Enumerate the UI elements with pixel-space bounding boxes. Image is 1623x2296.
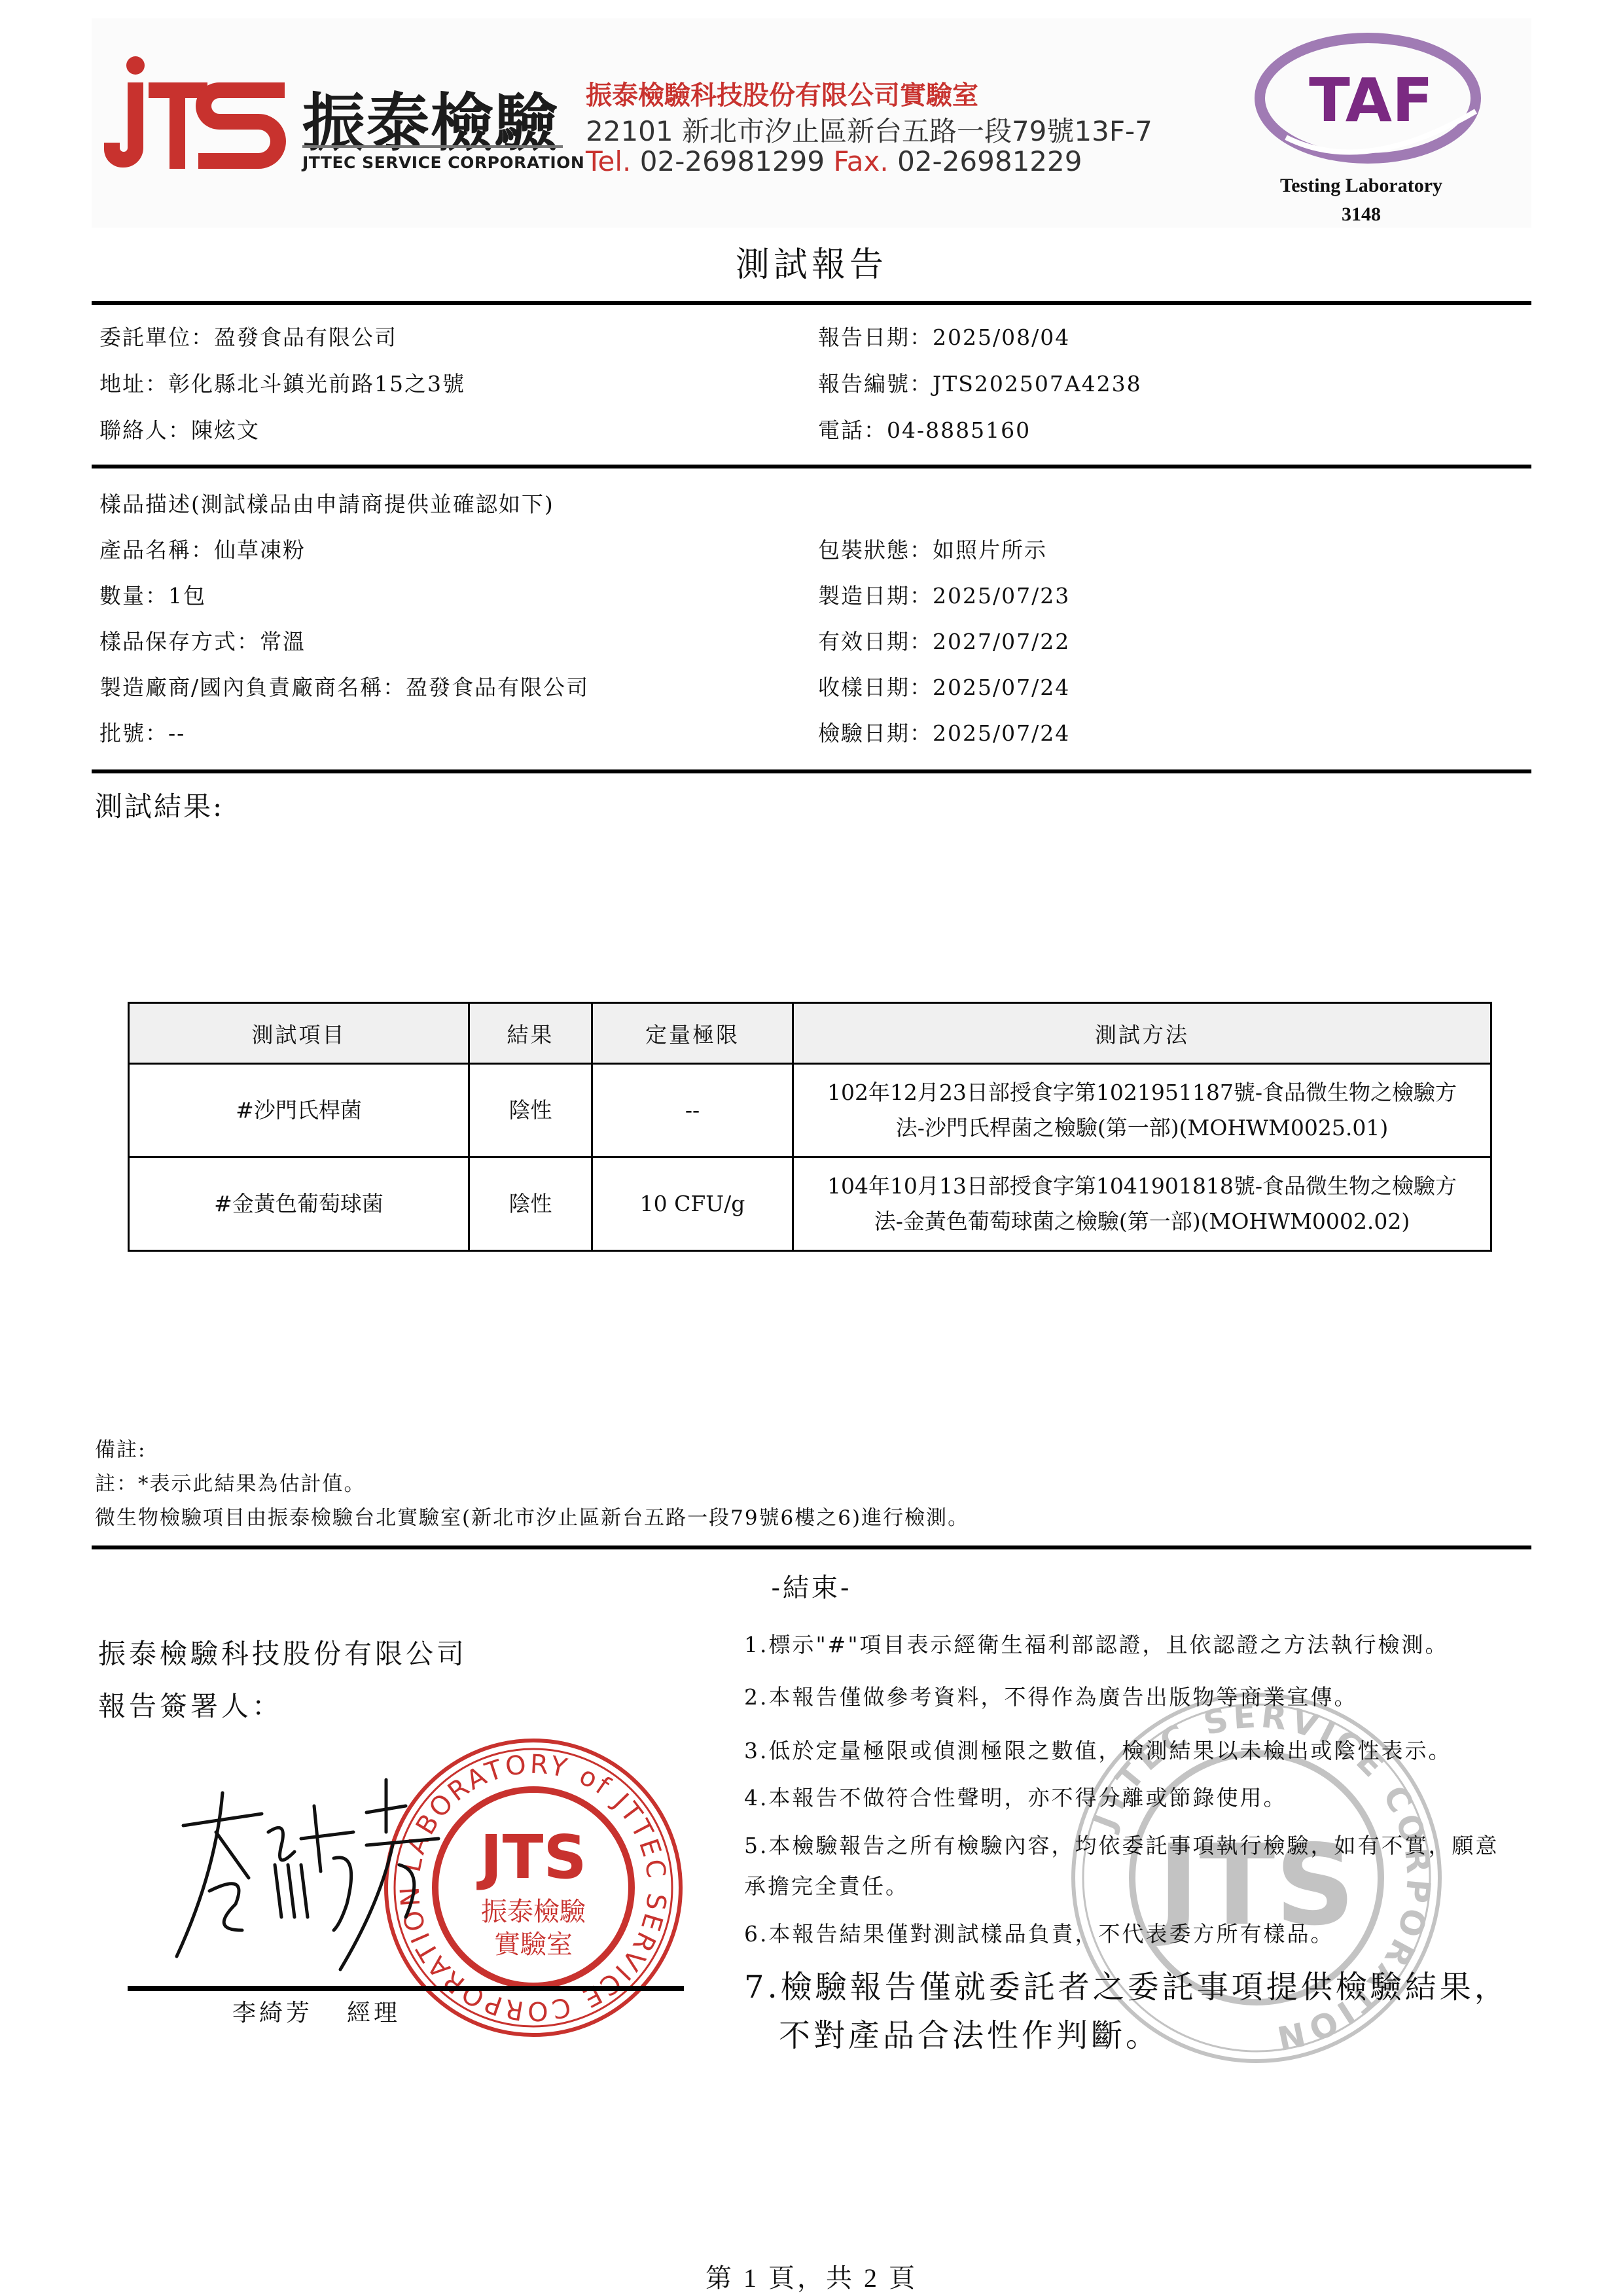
test-method: 102年12月23日部授食字第1021951187號-食品微生物之檢驗方 法-沙… <box>793 1064 1491 1157</box>
signer-name: 李綺芳 <box>232 1994 313 2028</box>
fax-number: 02-26981229 <box>897 145 1082 177</box>
method-line: 104年10月13日部授食字第1041901818號-食品微生物之檢驗方 <box>800 1169 1484 1204</box>
disclaimer-3: 3.低於定量極限或偵測極限之數值，檢測結果以未檢出或陰性表示。 <box>744 1734 1452 1765</box>
signature-line <box>128 1986 684 1991</box>
divider <box>92 465 1531 468</box>
note-estimate: 註：*表示此結果為估計值。 <box>95 1467 366 1496</box>
test-loq: 10 CFU/g <box>592 1157 793 1251</box>
test-result: 陰性 <box>469 1064 592 1157</box>
test-item: #金黃色葡萄球菌 <box>129 1157 469 1251</box>
taf-logo-icon: TAF <box>1247 26 1495 170</box>
results-table: 測試項目 結果 定量極限 測試方法 #沙門氏桿菌 陰性 -- 102年12月23… <box>128 1002 1492 1252</box>
results-heading: 測試結果: <box>95 785 224 824</box>
packaging-state: 包裝狀態：如照片所示 <box>818 533 1047 564</box>
fax-label: Fax. <box>833 145 888 177</box>
column-header-loq: 定量極限 <box>592 1003 793 1064</box>
column-header-method: 測試方法 <box>793 1003 1491 1064</box>
disclaimer-6: 6.本報告結果僅對測試樣品負責，不代表委方所有樣品。 <box>744 1917 1334 1948</box>
tel-number: 02-26981299 <box>640 145 825 177</box>
sample-storage: 樣品保存方式：常溫 <box>99 625 306 656</box>
method-line: 法-金黃色葡萄球菌之檢驗(第一部)(MOHWM0002.02) <box>800 1204 1484 1239</box>
svg-text:JTS: JTS <box>476 1822 586 1892</box>
brand-name-en: JTTEC SERVICE CORPORATION <box>302 153 584 172</box>
disclaimer-7-cont: 不對產品合法性作判斷。 <box>779 2010 1160 2055</box>
report-date: 報告日期：2025/08/04 <box>818 321 1070 351</box>
report-number: 報告編號：JTS202507A4238 <box>818 367 1142 398</box>
disclaimer-7: 7.檢驗報告僅就委託者之委託事項提供檢驗結果， <box>744 1962 1509 2007</box>
divider <box>92 1545 1531 1549</box>
disclaimer-5: 5.本檢驗報告之所有檢驗內容，均依委託事項執行檢驗，如有不實，願意 <box>744 1829 1499 1860</box>
client-address: 地址：彰化縣北斗鎮光前路15之3號 <box>99 367 465 398</box>
test-item: #沙門氏桿菌 <box>129 1064 469 1157</box>
signer-label: 報告簽署人： <box>98 1685 283 1724</box>
svg-text:振泰檢驗: 振泰檢驗 <box>481 1897 586 1927</box>
disclaimer-4: 4.本報告不做符合性聲明，亦不得分離或節錄使用。 <box>744 1781 1287 1812</box>
jts-logo-icon <box>101 51 291 175</box>
table-row: #金黃色葡萄球菌 陰性 10 CFU/g 104年10月13日部授食字第1041… <box>129 1157 1491 1251</box>
table-row: #沙門氏桿菌 陰性 -- 102年12月23日部授食字第1021951187號-… <box>129 1064 1491 1157</box>
test-loq: -- <box>592 1064 793 1157</box>
column-header-item: 測試項目 <box>129 1003 469 1064</box>
lab-name: 振泰檢驗科技股份有限公司實驗室 <box>586 75 978 112</box>
brand-name-cn: 振泰檢驗 <box>302 73 559 163</box>
method-line: 102年12月23日部授食字第1021951187號-食品微生物之檢驗方 <box>800 1075 1484 1110</box>
tel-label: Tel. <box>586 145 631 177</box>
client-unit: 委託單位：盈發食品有限公司 <box>99 321 397 351</box>
brand-divider <box>302 145 563 148</box>
svg-text:實驗室: 實驗室 <box>494 1930 573 1960</box>
divider <box>92 769 1531 773</box>
divider <box>92 301 1531 305</box>
handwritten-signature-icon <box>170 1767 445 1983</box>
disclaimer-1: 1.標示"#"項目表示經衛生福利部認證，且依認證之方法執行檢測。 <box>744 1628 1449 1659</box>
accreditation-number: 3148 <box>1263 200 1459 229</box>
sample-quantity: 數量：1包 <box>99 579 206 610</box>
product-name: 產品名稱：仙草凍粉 <box>99 533 306 564</box>
disclaimer-5-cont: 承擔完全責任。 <box>744 1869 909 1900</box>
signer-title: 經理 <box>347 1994 401 2028</box>
batch-number: 批號：-- <box>99 716 185 747</box>
test-result: 陰性 <box>469 1157 592 1251</box>
notes-label: 備註: <box>95 1433 146 1462</box>
sample-description: 樣品描述(測試樣品由申請商提供並確認如下) <box>99 487 554 518</box>
column-header-result: 結果 <box>469 1003 592 1064</box>
page-number: 第 1 頁，共 2 頁 <box>0 2257 1623 2295</box>
manufacture-date: 製造日期：2025/07/23 <box>818 579 1070 610</box>
lab-contact: Tel. 02-26981299 Fax. 02-26981229 <box>586 145 1082 177</box>
table-header-row: 測試項目 結果 定量極限 測試方法 <box>129 1003 1491 1064</box>
disclaimer-2: 2.本報告僅做參考資料，不得作為廣告出版物等商業宣傳。 <box>744 1680 1358 1711</box>
received-date: 收樣日期：2025/07/24 <box>818 671 1070 701</box>
test-date: 檢驗日期：2025/07/24 <box>818 716 1070 747</box>
client-phone: 電話：04-8885160 <box>818 414 1031 444</box>
test-method: 104年10月13日部授食字第1041901818號-食品微生物之檢驗方 法-金… <box>793 1157 1491 1251</box>
accreditation-text: Testing Laboratory <box>1263 171 1459 200</box>
note-lab-location: 微生物檢驗項目由振泰檢驗台北實驗室(新北市汐止區新台五路一段79號6樓之6)進行… <box>95 1501 969 1530</box>
page-title: 測試報告 <box>0 237 1623 286</box>
client-contact: 聯絡人：陳炫文 <box>99 414 260 444</box>
signer-company: 振泰檢驗科技股份有限公司 <box>98 1633 467 1672</box>
accreditation-label: Testing Laboratory 3148 <box>1263 171 1459 229</box>
lab-address: 22101 新北市汐止區新台五路一段79號13F-7 <box>586 110 1152 149</box>
end-marker: -結束- <box>0 1567 1623 1604</box>
method-line: 法-沙門氏桿菌之檢驗(第一部)(MOHWM0025.01) <box>800 1110 1484 1146</box>
svg-text:TAF: TAF <box>1309 65 1433 135</box>
expiry-date: 有效日期：2027/07/22 <box>818 625 1070 656</box>
manufacturer: 製造廠商/國內負責廠商名稱：盈發食品有限公司 <box>99 671 589 701</box>
